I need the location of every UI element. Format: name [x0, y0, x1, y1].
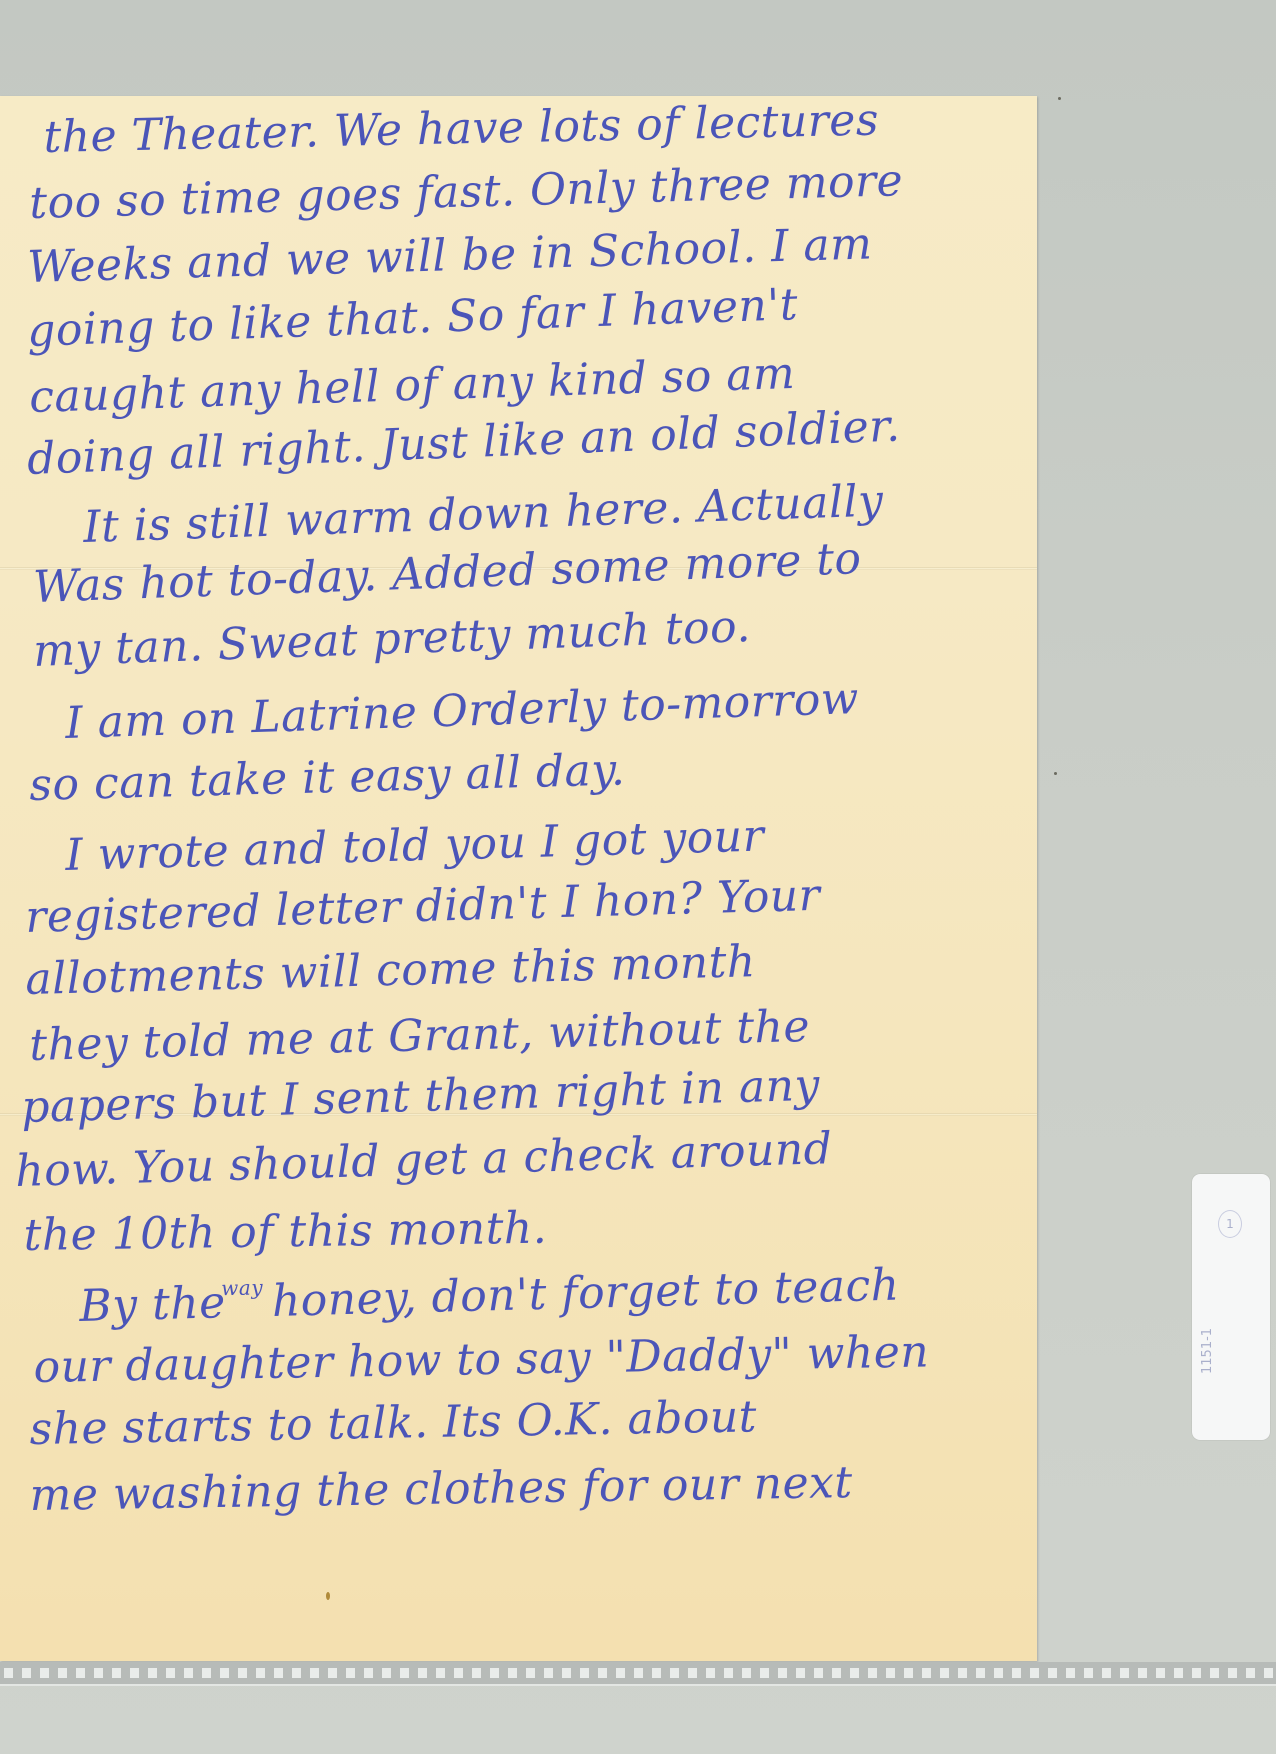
- letter-line: I wrote and told you I got your: [65, 815, 765, 878]
- letter-line: Weeks and we will be in School. I am: [27, 222, 873, 290]
- letter-line-start: By the: [79, 1277, 227, 1332]
- letter-line: I am on Latrine Orderly to-morrow: [65, 677, 860, 746]
- letter-line-with-insertion: By theway honey, don't forget to teach: [79, 1261, 900, 1329]
- letter-line-end: honey, don't forget to teach: [271, 1260, 900, 1327]
- label-archive-id: 1151-1: [1200, 1328, 1215, 1374]
- letter-line: the Theater. We have lots of lectures: [43, 99, 879, 160]
- inserted-word: way: [221, 1275, 263, 1300]
- letter-page: the Theater. We have lots of lectures to…: [0, 96, 1037, 1661]
- archive-label: 1 1151-1: [1192, 1174, 1270, 1440]
- label-page-number: 1: [1218, 1210, 1242, 1238]
- letter-line: so can take it easy all day.: [29, 748, 626, 808]
- letter-line: allotments will come this month: [25, 940, 756, 1002]
- dust-speck: [1058, 97, 1061, 100]
- letter-line: my tan. Sweat pretty much too.: [32, 605, 751, 674]
- letter-line: our daughter how to say "Daddy" when: [33, 1330, 929, 1390]
- letter-line: too so time goes fast. Only three more: [29, 159, 904, 226]
- letter-line: me washing the clothes for our next: [29, 1461, 853, 1518]
- letter-line: they told me at Grant, without the: [29, 1005, 811, 1068]
- sleeve-perforation-strip: [0, 1662, 1276, 1686]
- letter-line: going to like that. So far I haven't: [26, 283, 798, 354]
- letter-line: she starts to talk. Its O.K. about: [29, 1395, 757, 1452]
- paper-stain: [326, 1592, 330, 1600]
- dust-speck: [1054, 772, 1057, 775]
- letter-line: papers but I sent them right in any: [21, 1064, 821, 1130]
- letter-line: the 10th of this month.: [23, 1207, 547, 1258]
- letter-line: registered letter didn't I hon? Your: [25, 874, 821, 940]
- letter-line: how. You should get a check around: [15, 1127, 833, 1194]
